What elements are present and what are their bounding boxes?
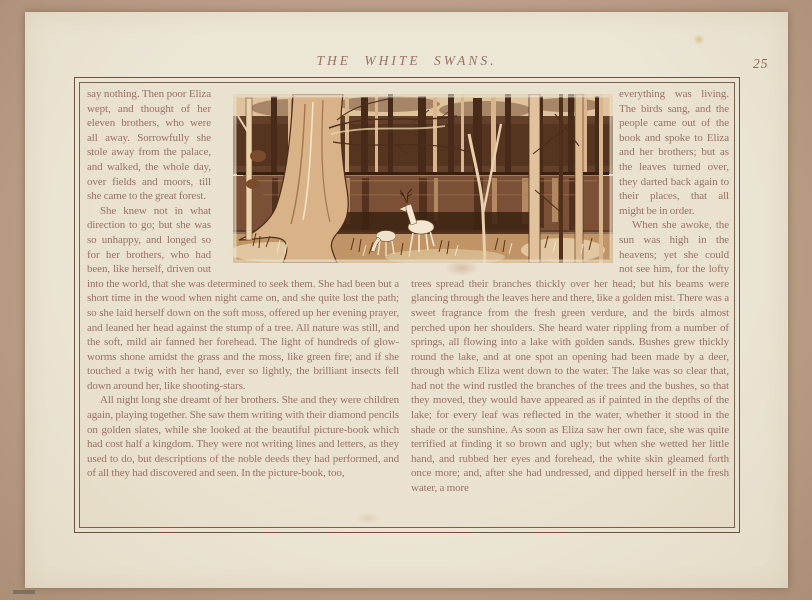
page-number: 25 [753,56,769,72]
forest-lake-deer-illustration [233,94,613,263]
paragraph: All night long she dreamt of her brother… [87,393,399,481]
corner-mark [13,590,35,594]
book-page: THE WHITE SWANS. 25 say nothing. Then po… [25,12,788,588]
foxing-spot [693,34,705,45]
photo-backdrop: THE WHITE SWANS. 25 say nothing. Then po… [0,0,812,600]
text-frame: say nothing. Then poor Eliza wept, and t… [74,77,740,533]
running-head: THE WHITE SWANS. [25,53,788,69]
